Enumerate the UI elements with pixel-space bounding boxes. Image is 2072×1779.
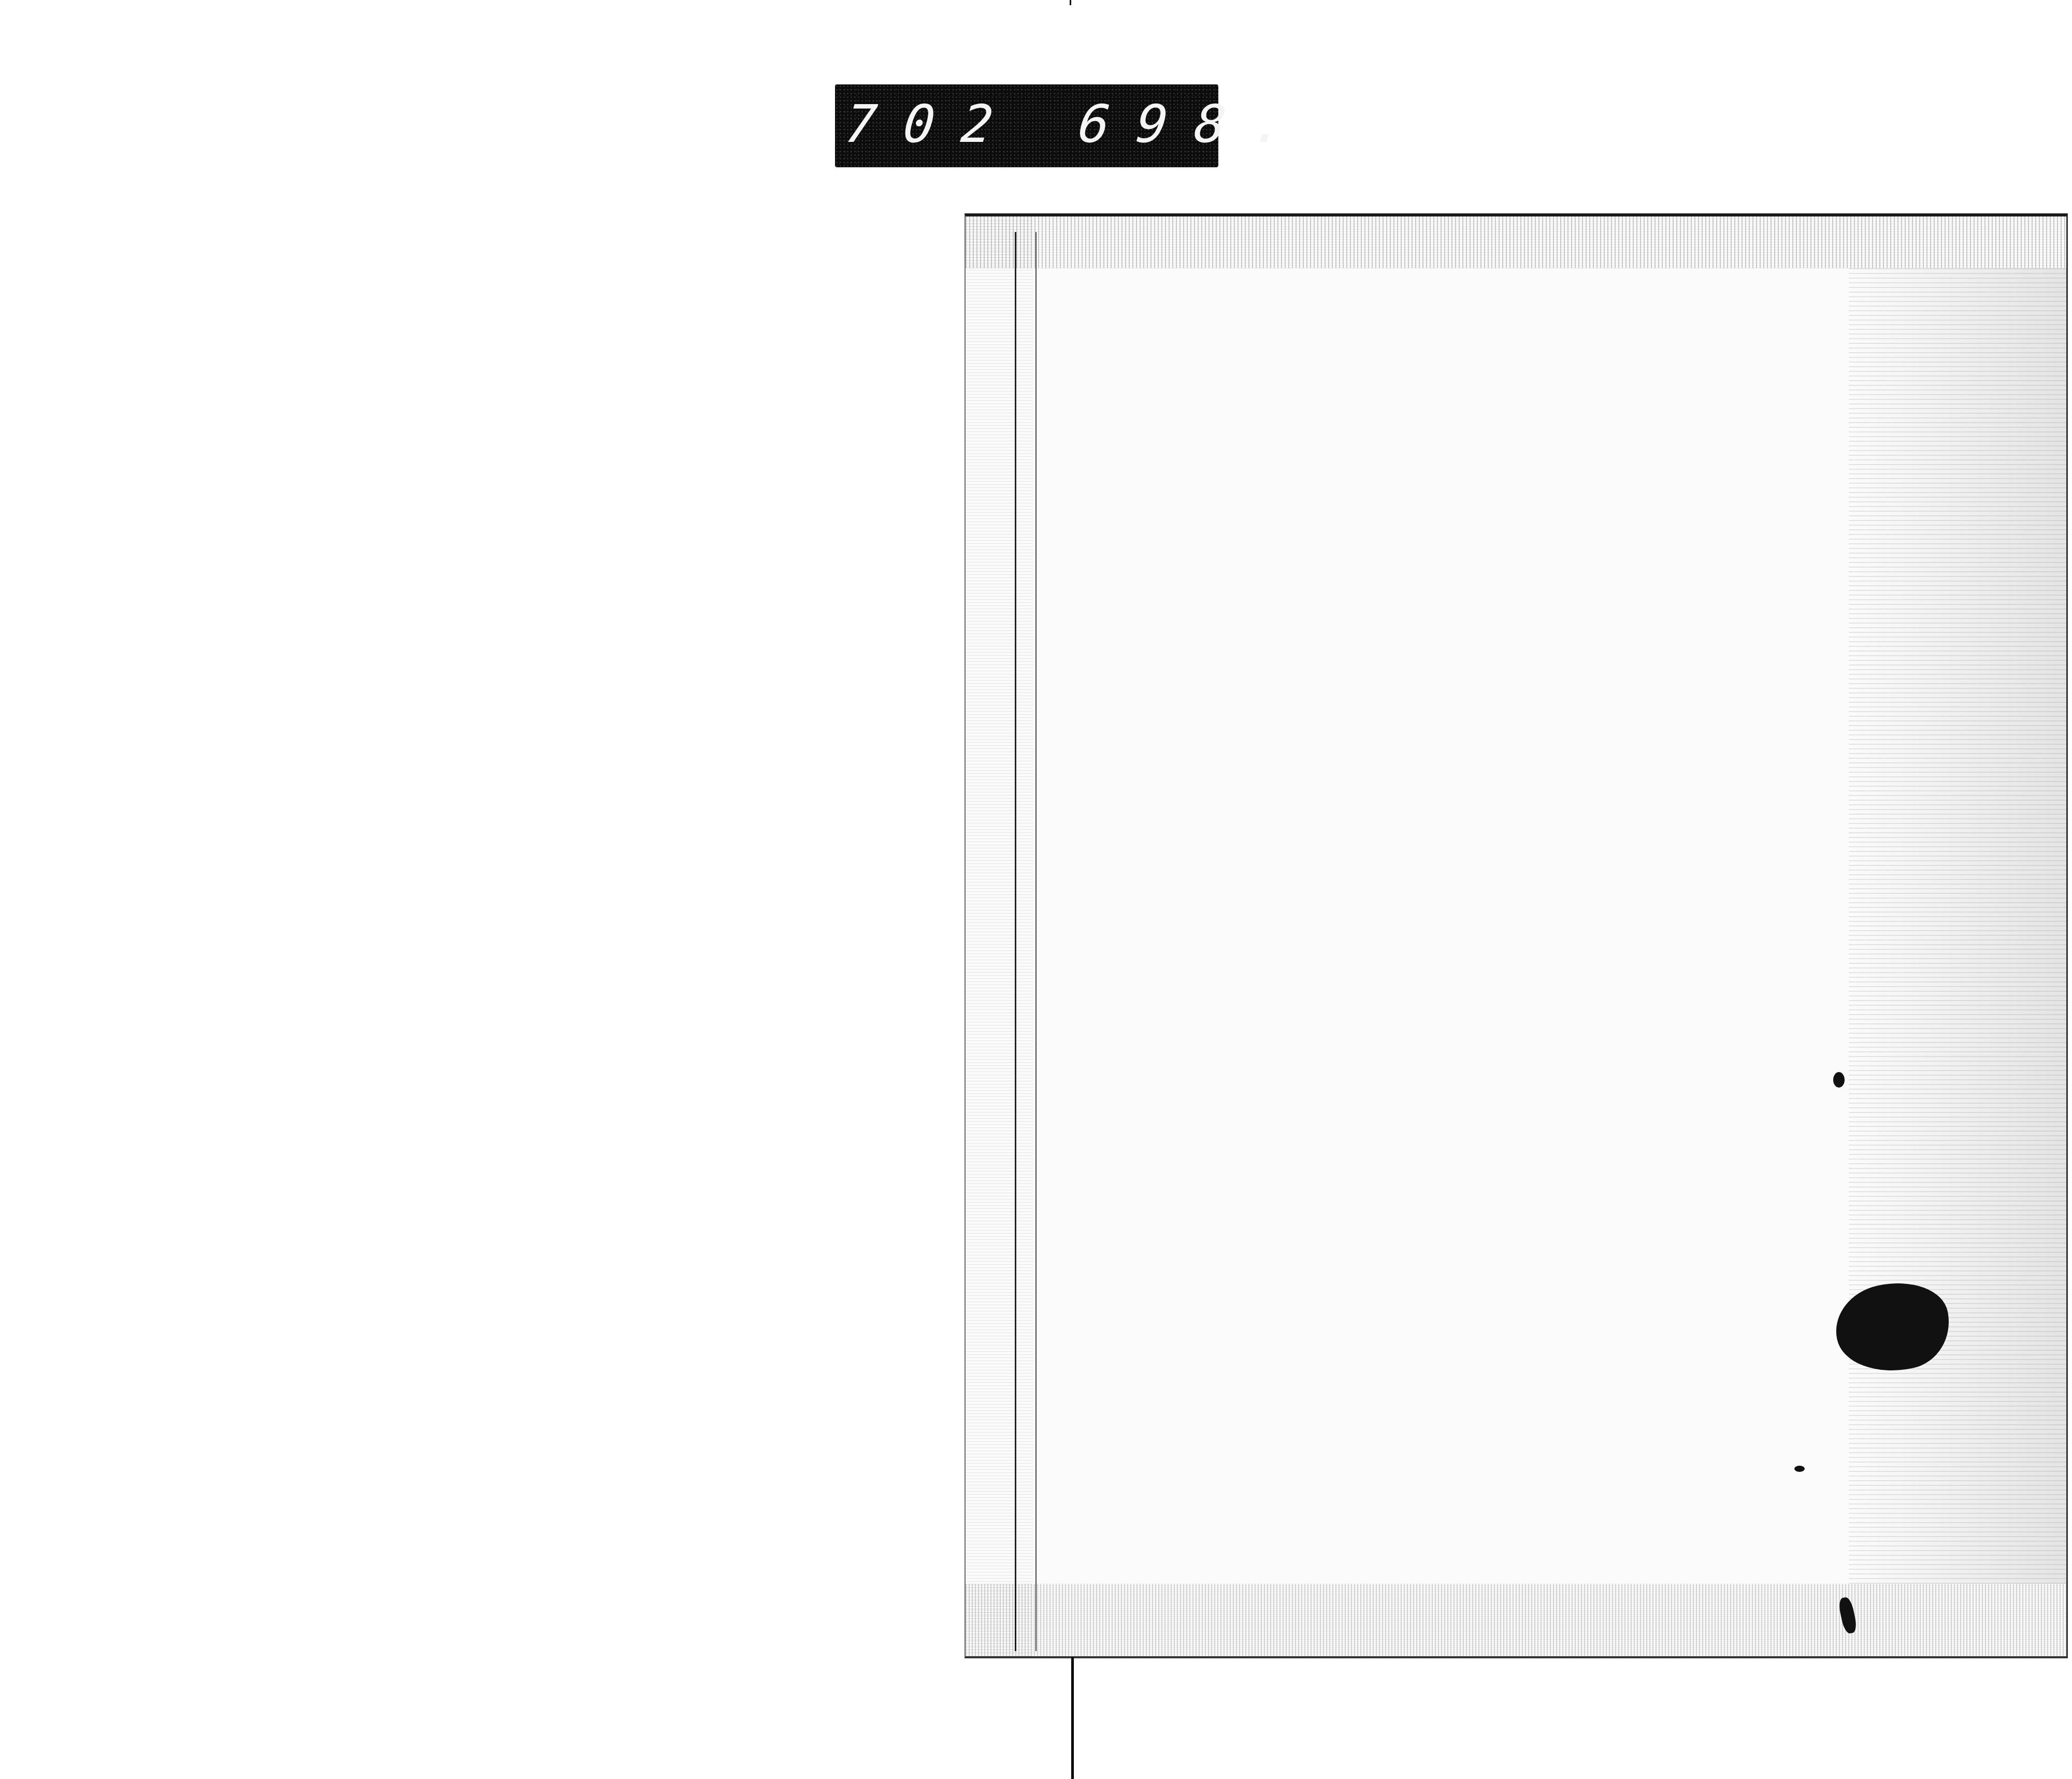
page-bottom-edge-wear [966, 1584, 2066, 1656]
film-registration-mark [1070, 0, 1071, 5]
frame-counter-left: 702 [842, 96, 1023, 153]
page-spine-region [966, 216, 1033, 1656]
page-right-edge-wear [1849, 268, 2066, 1584]
film-edge-line [1071, 1657, 1074, 1779]
spine-fold-line-inner [1035, 232, 1037, 1651]
ink-spot [1833, 1072, 1845, 1088]
spine-fold-line [1015, 232, 1016, 1651]
frame-counter-right: 698. [1075, 96, 1314, 153]
page-top-edge-wear [966, 216, 2066, 268]
frame-counter: 702 698. [835, 84, 1218, 167]
scanned-page [965, 213, 2068, 1658]
ink-spot [1794, 1466, 1805, 1472]
